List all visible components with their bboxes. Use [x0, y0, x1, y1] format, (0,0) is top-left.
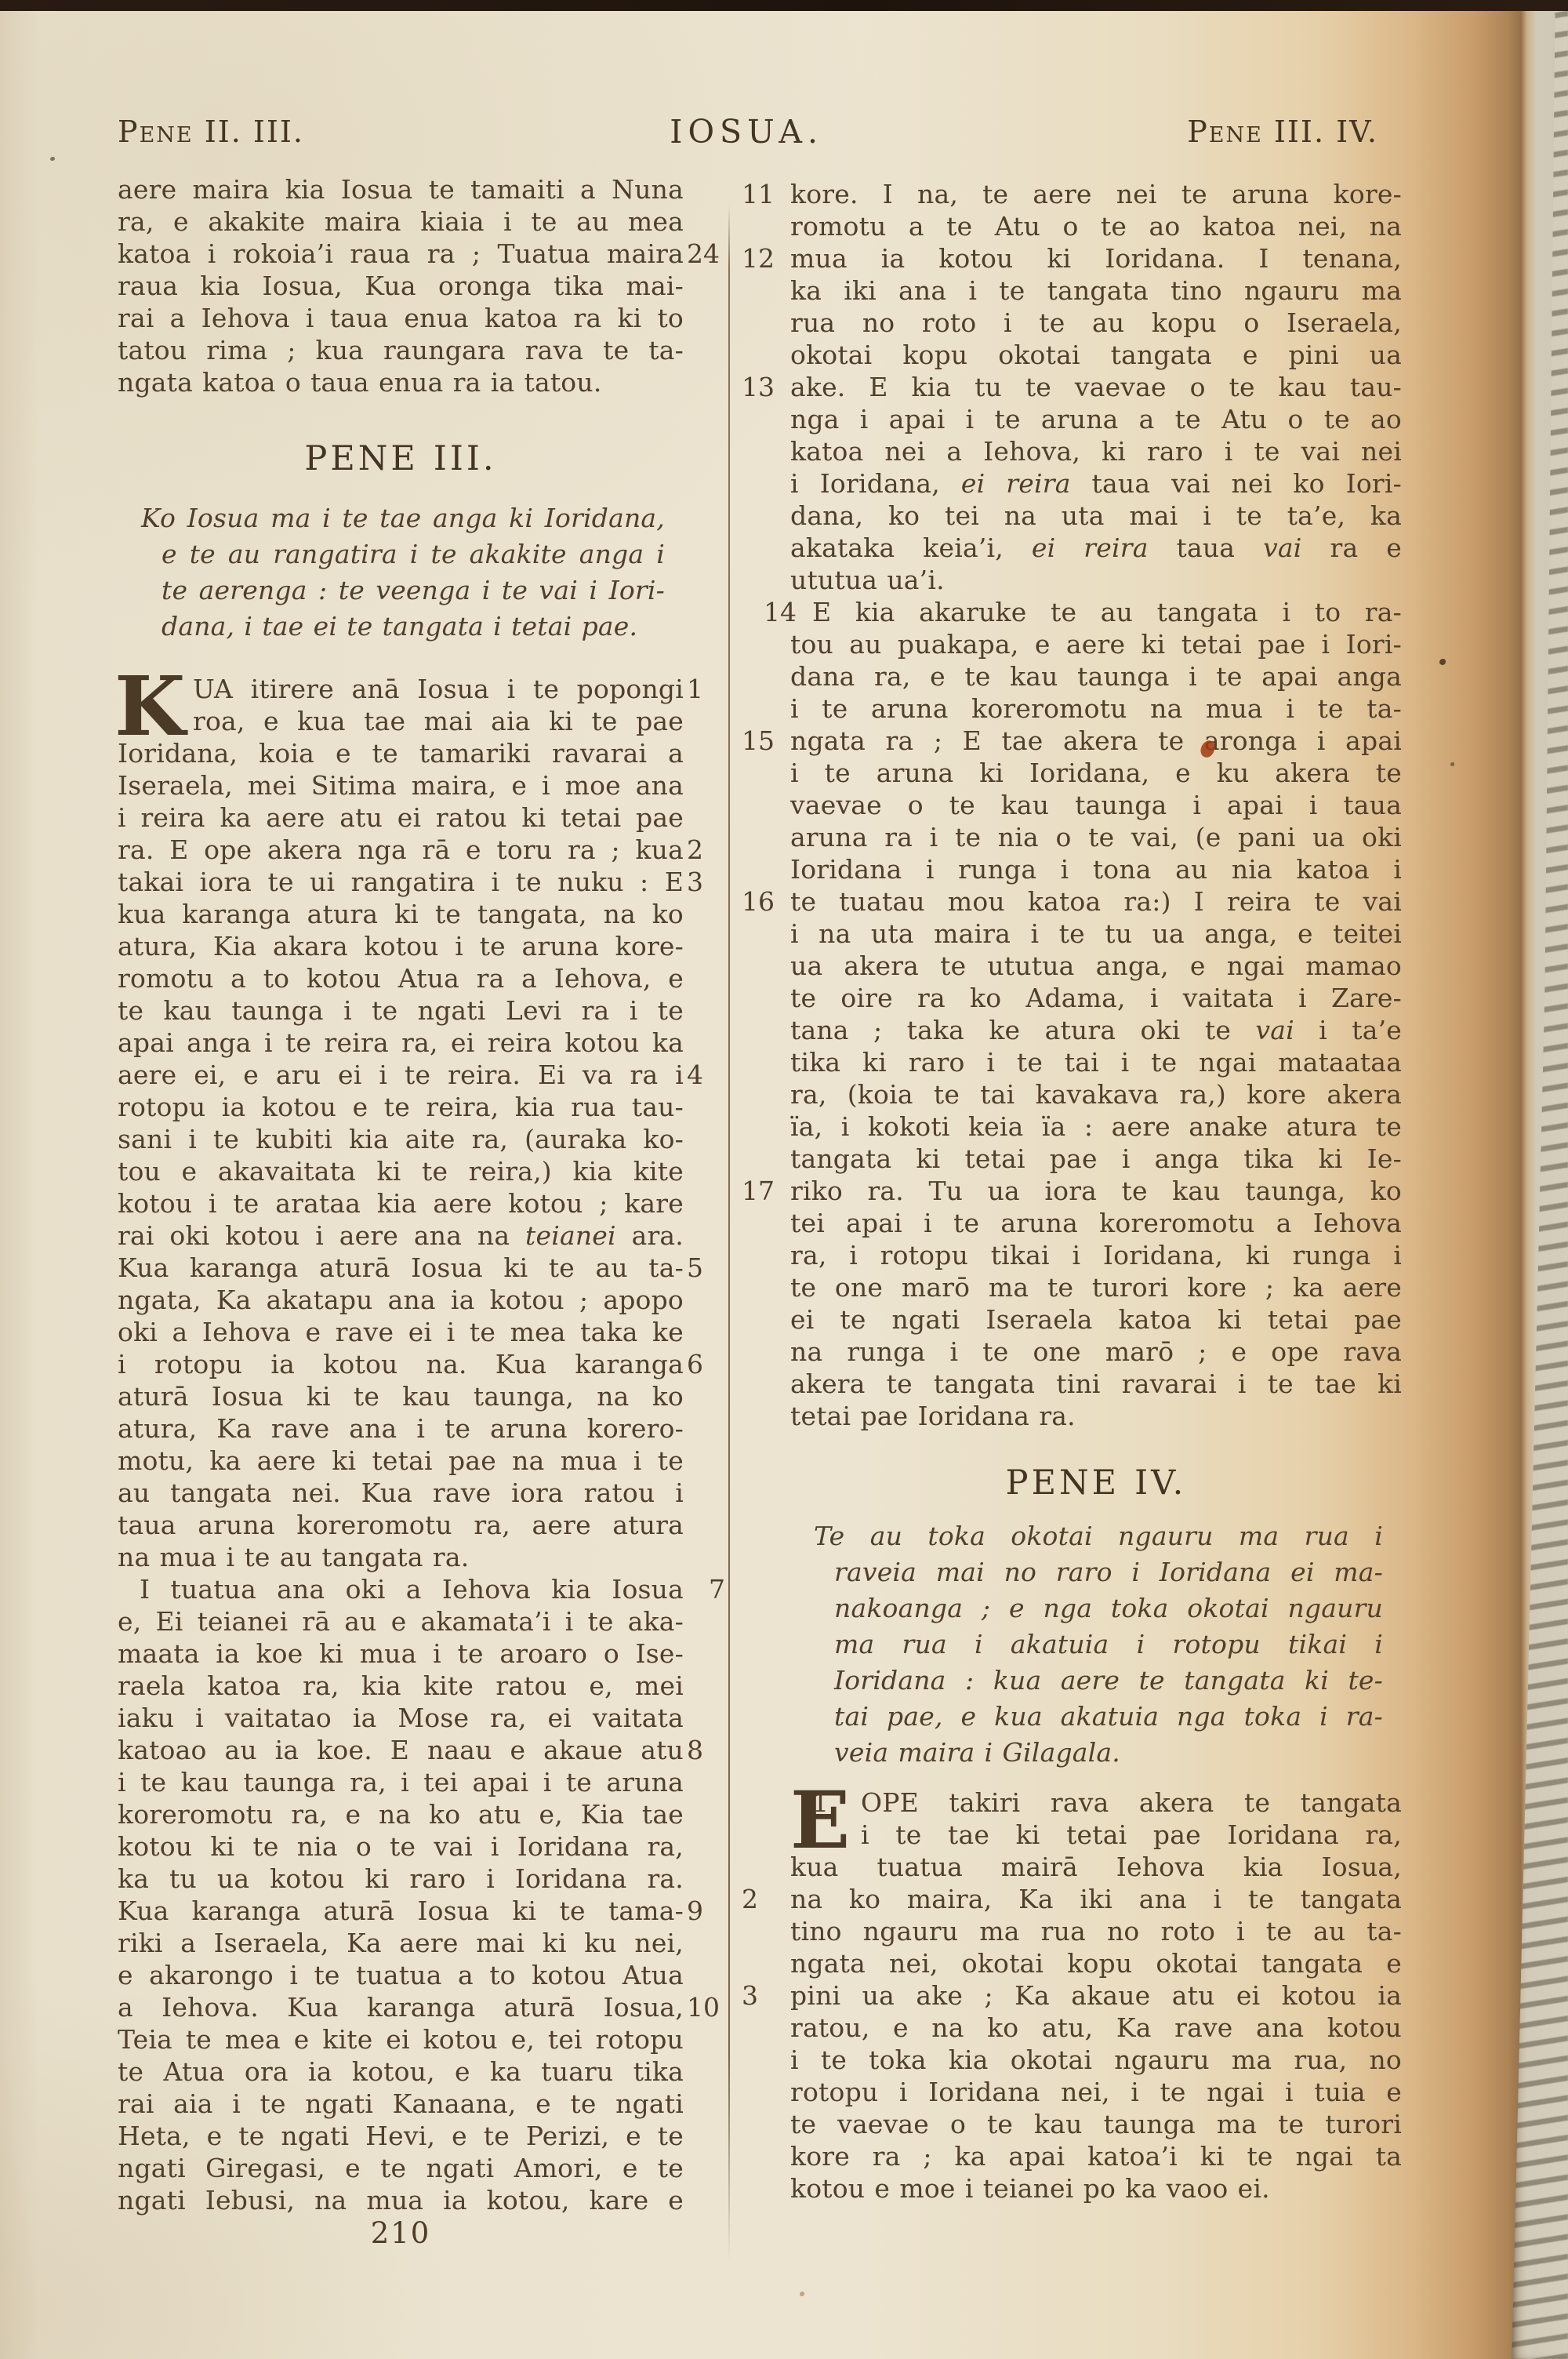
- text-line: aturā Iosua ki te kau taunga, na ko: [118, 1380, 684, 1412]
- text-line: ei te ngati Iseraela katoa ki tetai pae: [790, 1303, 1402, 1336]
- text-line: mua ia kotou ki Ioridana. I tenana,12: [790, 242, 1402, 274]
- text-line: ma rua i akatuia i rotopu tikai i: [790, 1627, 1402, 1663]
- verse-number: 6: [687, 1348, 731, 1380]
- text-line: dana ra, e te kau taunga i te apai anga: [790, 660, 1402, 692]
- text-line: nga i apai i te aruna a te Atu o te ao: [790, 403, 1402, 435]
- text-line: katoa i rokoia’i raua ra ; Tuatua maira2…: [118, 238, 684, 270]
- text-line: te aerenga : te veenga i te vai i Iori-: [118, 572, 684, 609]
- text-line: rai oki kotou i aere ana na teianei ara.: [118, 1219, 684, 1252]
- text-line: atura, Ka rave ana i te aruna korero-: [118, 1412, 684, 1445]
- verse-number: 7: [687, 1573, 731, 1605]
- text-line: nakoanga ; e nga toka okotai ngauru: [790, 1590, 1402, 1627]
- text-line: na ko maira, Ka iki ana i te tangata2: [790, 1883, 1402, 1915]
- verse-number: 9: [687, 1895, 731, 1927]
- chapter-summary: Ko Iosua ma i te tae anga ki Ioridana,e …: [118, 500, 684, 645]
- verse-paragraph: EOPE takiri rava akera te tangata1i te t…: [790, 1787, 1402, 2205]
- text-line: Kua karanga aturā Iosua ki te au ta-5: [118, 1252, 684, 1284]
- text-line: ra, e akakite maira kiaia i te au mea: [118, 205, 684, 238]
- verse-paragraph: KUA itirere anā Iosua i te popongi1roa, …: [118, 673, 684, 2216]
- next-page-edge: [1510, 0, 1568, 2359]
- verse-number: 11: [742, 178, 786, 210]
- left-text-column: aere maira kia Iosua te tamaiti a Nunara…: [118, 173, 684, 2216]
- text-line: a Iehova. Kua karanga aturā Iosua,10: [118, 1991, 684, 2023]
- verse-number: 10: [687, 1991, 731, 2023]
- text-line: rotopu i Ioridana nei, i te ngai i tuia …: [790, 2076, 1402, 2108]
- verse-number: 5: [687, 1252, 731, 1284]
- verse-number: 3: [742, 1979, 786, 2012]
- text-line: kua tuatua mairā Iehova kia Iosua,: [790, 1851, 1402, 1883]
- book-page: Pene II. III. IOSUA. Pene III. IV. aere …: [0, 0, 1568, 2359]
- text-line: ngata, Ka akatapu ana ia kotou ; apopo: [118, 1284, 684, 1316]
- text-line: riki a Iseraela, Ka aere mai ki ku nei,: [118, 1927, 684, 1959]
- text-line: romotu a te Atu o te ao katoa nei, na: [790, 210, 1402, 242]
- text-line: kore. I na, te aere nei te aruna kore-11: [790, 178, 1402, 210]
- right-text-column: kore. I na, te aere nei te aruna kore-11…: [790, 178, 1402, 2205]
- text-line: koreromotu ra, e na ko atu e, Kia tae: [118, 1798, 684, 1830]
- chapter-heading: PENE IV.: [790, 1463, 1402, 1503]
- text-line: na mua i te au tangata ra.: [118, 1541, 684, 1573]
- running-head-right: Pene III. IV.: [1187, 114, 1378, 149]
- text-line: tai pae, e kua akatuia nga toka i ra-: [790, 1699, 1402, 1735]
- text-line: Te au toka okotai ngauru ma rua i: [790, 1518, 1402, 1554]
- verse-number: 8: [687, 1734, 731, 1766]
- text-line: akataka keia’i, ei reira taua vai ra e: [790, 532, 1402, 564]
- text-line: i na uta maira i te tu ua anga, e teitei: [790, 918, 1402, 950]
- text-line: maata ia koe ki mua i te aroaro o Ise-: [118, 1637, 684, 1670]
- text-line: ngata nei, okotai kopu okotai tangata e: [790, 1947, 1402, 1979]
- text-line: te oire ra ko Adama, i vaitata i Zare-: [790, 982, 1402, 1014]
- verse-number: 2: [687, 834, 731, 866]
- text-line: Kua karanga aturā Iosua ki te tama-9: [118, 1895, 684, 1927]
- text-line: oki a Iehova e rave ei i te mea taka ke: [118, 1316, 684, 1348]
- text-line: i te kau taunga ra, i tei apai i te arun…: [118, 1766, 684, 1798]
- text-line: rua no roto i te au kopu o Iseraela,: [790, 307, 1402, 339]
- text-line: na runga i te one marō ; e ope rava: [790, 1336, 1402, 1368]
- text-line: Heta, e te ngati Hevi, e te Perizi, e te: [118, 2120, 684, 2152]
- text-line: aruna ra i te nia o te vai, (e pani ua o…: [790, 821, 1402, 853]
- text-line: iaku i vaitatao ia Mose ra, ei vaitata: [118, 1702, 684, 1734]
- text-line: kotou ki te nia o te vai i Ioridana ra,: [118, 1830, 684, 1863]
- text-line: ngata katoa o taua enua ra ia tatou.: [118, 366, 684, 398]
- text-line: tei apai i te aruna koreromotu a Iehova: [790, 1207, 1402, 1239]
- text-line: dana, ko tei na uta mai i te ta’e, ka: [790, 500, 1402, 532]
- text-line: katoao au ia koe. E naau e akaue atu8: [118, 1734, 684, 1766]
- paper-speck: [1450, 762, 1454, 766]
- text-line: UA itirere anā Iosua i te popongi1: [193, 673, 684, 705]
- text-line: ngati Iebusi, na mua ia kotou, kare e: [118, 2184, 684, 2216]
- text-line: ra. E ope akera nga rā e toru ra ; kua2: [118, 834, 684, 866]
- text-line: te one marō ma te turori kore ; ka aere: [790, 1271, 1402, 1303]
- verse-number: 14: [742, 596, 786, 628]
- text-line: Teia te mea e kite ei kotou e, tei rotop…: [118, 2023, 684, 2055]
- text-line: okotai kopu okotai tangata e pini ua: [790, 339, 1402, 371]
- text-line: raveia mai no raro i Ioridana ei ma-: [790, 1554, 1402, 1590]
- text-line: Ioridana : kua aere te tangata ki te-: [790, 1663, 1402, 1699]
- verse-number: 16: [742, 885, 786, 918]
- text-line: romotu a to kotou Atua ra a Iehova, e: [118, 962, 684, 994]
- text-line: rai aia i te ngati Kanaana, e te ngati: [118, 2088, 684, 2120]
- page-header: Pene II. III. IOSUA. Pene III. IV.: [118, 114, 1388, 155]
- text-line: te tuatau mou katoa ra:) I reira te vai1…: [790, 885, 1402, 918]
- text-line: taua aruna koreromotu ra, aere atura: [118, 1509, 684, 1541]
- text-line: dana, i tae ei te tangata i tetai pae.: [118, 609, 684, 645]
- text-line: ua akera te ututua anga, e ngai mamao: [790, 950, 1402, 982]
- text-line: pini ua ake ; Ka akaue atu ei kotou ia3: [790, 1979, 1402, 2012]
- verse-number: 3: [687, 866, 731, 898]
- text-line: i te tae ki tetai pae Ioridana ra,: [861, 1819, 1402, 1851]
- verse-paragraph: aere maira kia Iosua te tamaiti a Nunara…: [118, 173, 684, 398]
- text-line: roa, e kua tae mai aia ki te pae: [193, 705, 684, 737]
- verse-number: 15: [742, 725, 786, 757]
- text-line: Iseraela, mei Sitima maira, e i moe ana: [118, 769, 684, 801]
- text-line: tino ngauru ma rua no roto i te au ta-: [790, 1915, 1402, 1947]
- text-line: i te aruna ki Ioridana, e ku akera te: [790, 757, 1402, 789]
- text-line: ka iki ana i te tangata tino ngauru ma: [790, 274, 1402, 307]
- text-line: aere ei, e aru ei i te reira. Ei va ra i…: [118, 1059, 684, 1091]
- paper-speck: [800, 2292, 804, 2296]
- text-line: te vaevae o te kau taunga ma te turori: [790, 2108, 1402, 2140]
- text-line: tika ki raro i te tai i te ngai mataataa: [790, 1046, 1402, 1078]
- text-line: tana ; taka ke atura oki te vai i ta’e: [790, 1014, 1402, 1046]
- verse-number: 12: [742, 242, 786, 274]
- text-line: i te toka kia okotai ngauru ma rua, no: [790, 2044, 1402, 2076]
- text-line: motu, ka aere ki tetai pae na mua i te: [118, 1445, 684, 1477]
- chapter-summary: Te au toka okotai ngauru ma rua iraveia …: [790, 1518, 1402, 1771]
- text-line: au tangata nei. Kua rave iora ratou i: [118, 1477, 684, 1509]
- text-line: ngata ra ; E tae akera te aronga i apai1…: [790, 725, 1402, 757]
- text-line: e te au rangatira i te akakite anga i: [118, 536, 684, 572]
- text-line: i Ioridana, ei reira taua vai nei ko Ior…: [790, 467, 1402, 500]
- text-line: kua karanga atura ki te tangata, na ko: [118, 898, 684, 930]
- text-line: takai iora te ui rangatira i te nuku : E…: [118, 866, 684, 898]
- text-line: E kia akaruke te au tangata i to ra-14: [790, 596, 1402, 628]
- text-line: tetai pae Ioridana ra.: [790, 1400, 1402, 1432]
- paper-speck: [1439, 659, 1446, 665]
- text-line: tou e akavaitata ki te reira,) kia kite: [118, 1155, 684, 1187]
- book-title: IOSUA.: [670, 113, 823, 151]
- text-line: aere maira kia Iosua te tamaiti a Nuna: [118, 173, 684, 205]
- text-line: e akarongo i te tuatua a to kotou Atua: [118, 1959, 684, 1991]
- text-line: ra, i rotopu tikai i Ioridana, ki runga …: [790, 1239, 1402, 1271]
- text-line: rotopu ia kotou e te reira, kia rua tau-: [118, 1091, 684, 1123]
- text-line: tou au puakapa, e aere ki tetai pae i Io…: [790, 628, 1402, 660]
- text-line: i te aruna koreromotu na mua i te ta-: [790, 692, 1402, 725]
- verse-number: 1: [812, 1787, 856, 1819]
- text-line: OPE takiri rava akera te tangata1: [861, 1787, 1402, 1819]
- book-photo: Pene II. III. IOSUA. Pene III. IV. aere …: [0, 0, 1568, 2359]
- text-line: I tuatua ana oki a Iehova kia Iosua7: [118, 1573, 684, 1605]
- verse-number: 17: [742, 1175, 786, 1207]
- verse-number: 13: [742, 371, 786, 403]
- text-line: Ioridana, koia e te tamariki ravarai a: [118, 737, 684, 769]
- verse-number: 4: [687, 1059, 731, 1091]
- text-line: kotou e moe i teianei po ka vaoo ei.: [790, 2172, 1402, 2205]
- page-number: 210: [118, 2216, 684, 2250]
- verse-number: 1: [687, 673, 731, 705]
- text-line: ngati Giregasi, e te ngati Amori, e te: [118, 2152, 684, 2184]
- text-line: veia maira i Gilagala.: [790, 1735, 1402, 1771]
- verse-paragraph: kore. I na, te aere nei te aruna kore-11…: [790, 178, 1402, 1432]
- text-line: ra, (koia te tai kavakava ra,) kore aker…: [790, 1078, 1402, 1110]
- text-line: kore ra ; ka apai katoa’i ki te ngai ta: [790, 2140, 1402, 2172]
- running-head-left: Pene II. III.: [118, 114, 304, 149]
- text-line: ake. E kia tu te vaevae o te kau tau-13: [790, 371, 1402, 403]
- photo-top-edge: [0, 0, 1568, 11]
- text-line: rai a Iehova i taua enua katoa ra ki to: [118, 302, 684, 334]
- verse-number: 2: [742, 1883, 786, 1915]
- text-line: vaevae o te kau taunga i apai i taua: [790, 789, 1402, 821]
- text-line: ïa, i kokoti keia ïa : aere anake atura …: [790, 1110, 1402, 1143]
- text-line: raua kia Iosua, Kua oronga tika mai-: [118, 270, 684, 302]
- text-line: te kau taunga i te ngati Levi ra i te: [118, 994, 684, 1027]
- text-line: atura, Kia akara kotou i te aruna kore-: [118, 930, 684, 962]
- drop-cap: K: [114, 674, 186, 739]
- text-line: Ioridana i runga i tona au nia katoa i: [790, 853, 1402, 885]
- text-line: akera te tangata tini ravarai i te tae k…: [790, 1368, 1402, 1400]
- text-line: ututua ua’i.: [790, 564, 1402, 596]
- chapter-heading: PENE III.: [118, 439, 684, 478]
- text-line: tangata ki tetai pae i anga tika ki Ie-: [790, 1143, 1402, 1175]
- column-divider-rule: [728, 205, 730, 2260]
- text-line: katoa nei a Iehova, ki raro i te vai nei: [790, 435, 1402, 467]
- text-line: i rotopu ia kotou na. Kua karanga6: [118, 1348, 684, 1380]
- text-line: kotou i te arataa kia aere kotou ; kare: [118, 1187, 684, 1219]
- text-line: apai anga i te reira ra, ei reira kotou …: [118, 1027, 684, 1059]
- text-line: i reira ka aere atu ei ratou ki tetai pa…: [118, 801, 684, 834]
- paper-speck: [50, 157, 55, 161]
- verse-number: 24: [687, 238, 731, 270]
- text-line: sani i te kubiti kia aite ra, (auraka ko…: [118, 1123, 684, 1155]
- text-line: ka tu ua kotou ki raro i Ioridana ra.: [118, 1863, 684, 1895]
- text-line: raela katoa ra, kia kite ratou e, mei: [118, 1670, 684, 1702]
- text-line: ratou, e na ko atu, Ka rave ana kotou: [790, 2012, 1402, 2044]
- text-line: tatou rima ; kua raungara rava te ta-: [118, 334, 684, 366]
- text-line: riko ra. Tu ua iora te kau taunga, ko17: [790, 1175, 1402, 1207]
- text-line: te Atua ora ia kotou, e ka tuaru tika: [118, 2055, 684, 2088]
- text-line: e, Ei teianei rā au e akamata’i i te aka…: [118, 1605, 684, 1637]
- text-line: Ko Iosua ma i te tae anga ki Ioridana,: [118, 500, 684, 536]
